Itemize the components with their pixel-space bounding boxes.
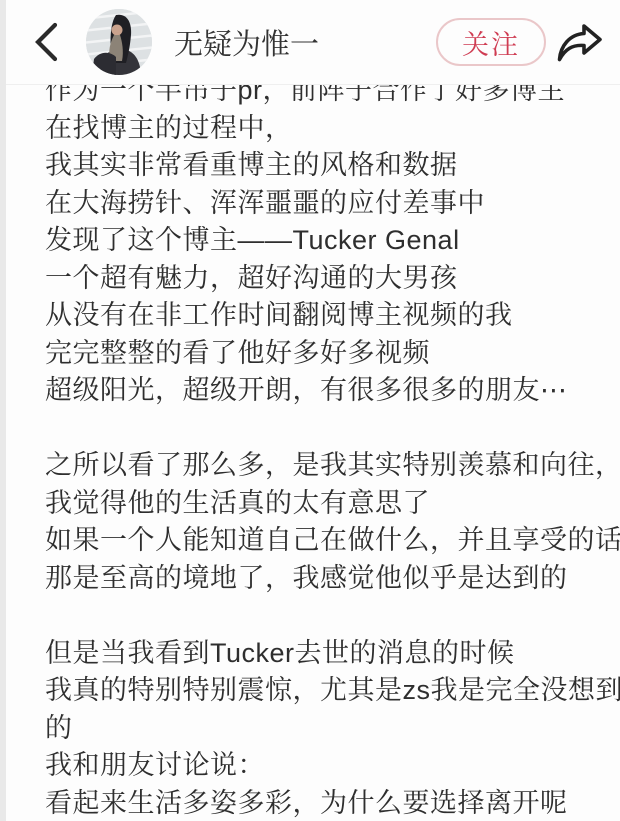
post-line: 发现了这个博主——Tucker Genal — [45, 222, 614, 260]
username[interactable]: 无疑为惟一 — [174, 22, 319, 63]
screen-left-edge — [0, 0, 6, 821]
share-icon — [555, 19, 605, 65]
paragraph-gap — [45, 597, 614, 635]
post-line: 在找博主的过程中， — [45, 110, 614, 148]
post-screen: 作为一个半吊子pr，前阵子合作了好多博主 在找博主的过程中， 我其实非常看重博主… — [0, 0, 620, 821]
post-body: 作为一个半吊子pr，前阵子合作了好多博主 在找博主的过程中， 我其实非常看重博主… — [45, 72, 614, 821]
post-line: 从没有在非工作时间翻阅博主视频的我 — [45, 297, 614, 335]
post-line: 之所以看了那么多，是我其实特别羡慕和向往， — [45, 447, 614, 485]
post-line: 但是当我看到Tucker去世的消息的时候 — [45, 635, 614, 673]
post-line: 的 — [45, 710, 614, 748]
back-button[interactable] — [32, 20, 60, 64]
post-line: 看起来生活多姿多彩，为什么要选择离开呢 — [45, 785, 614, 821]
chevron-left-icon — [33, 21, 59, 63]
post-line: 我真的特别特别震惊，尤其是zs我是完全没想到 — [45, 672, 614, 710]
paragraph-gap — [45, 410, 614, 448]
follow-button[interactable]: 关注 — [436, 18, 546, 66]
post-line: 如果一个人能知道自己在做什么，并且享受的话 — [45, 522, 614, 560]
post-line: 那是至高的境地了，我感觉他似乎是达到的 — [45, 560, 614, 598]
post-line: 在大海捞针、浑浑噩噩的应付差事中 — [45, 185, 614, 223]
top-bar: 无疑为惟一 关注 — [0, 0, 620, 85]
follow-button-label: 关注 — [462, 23, 520, 62]
post-line: 完完整整的看了他好多好多视频 — [45, 335, 614, 373]
post-line: 我觉得他的生活真的太有意思了 — [45, 485, 614, 523]
post-line: 一个超有魅力，超好沟通的大男孩 — [45, 260, 614, 298]
post-line: 超级阳光，超级开朗，有很多很多的朋友⋯ — [45, 372, 614, 410]
post-line: 我其实非常看重博主的风格和数据 — [45, 147, 614, 185]
avatar[interactable] — [86, 9, 152, 75]
share-button[interactable] — [554, 18, 606, 66]
post-line: 我和朋友讨论说： — [45, 747, 614, 785]
avatar-image — [86, 9, 152, 75]
